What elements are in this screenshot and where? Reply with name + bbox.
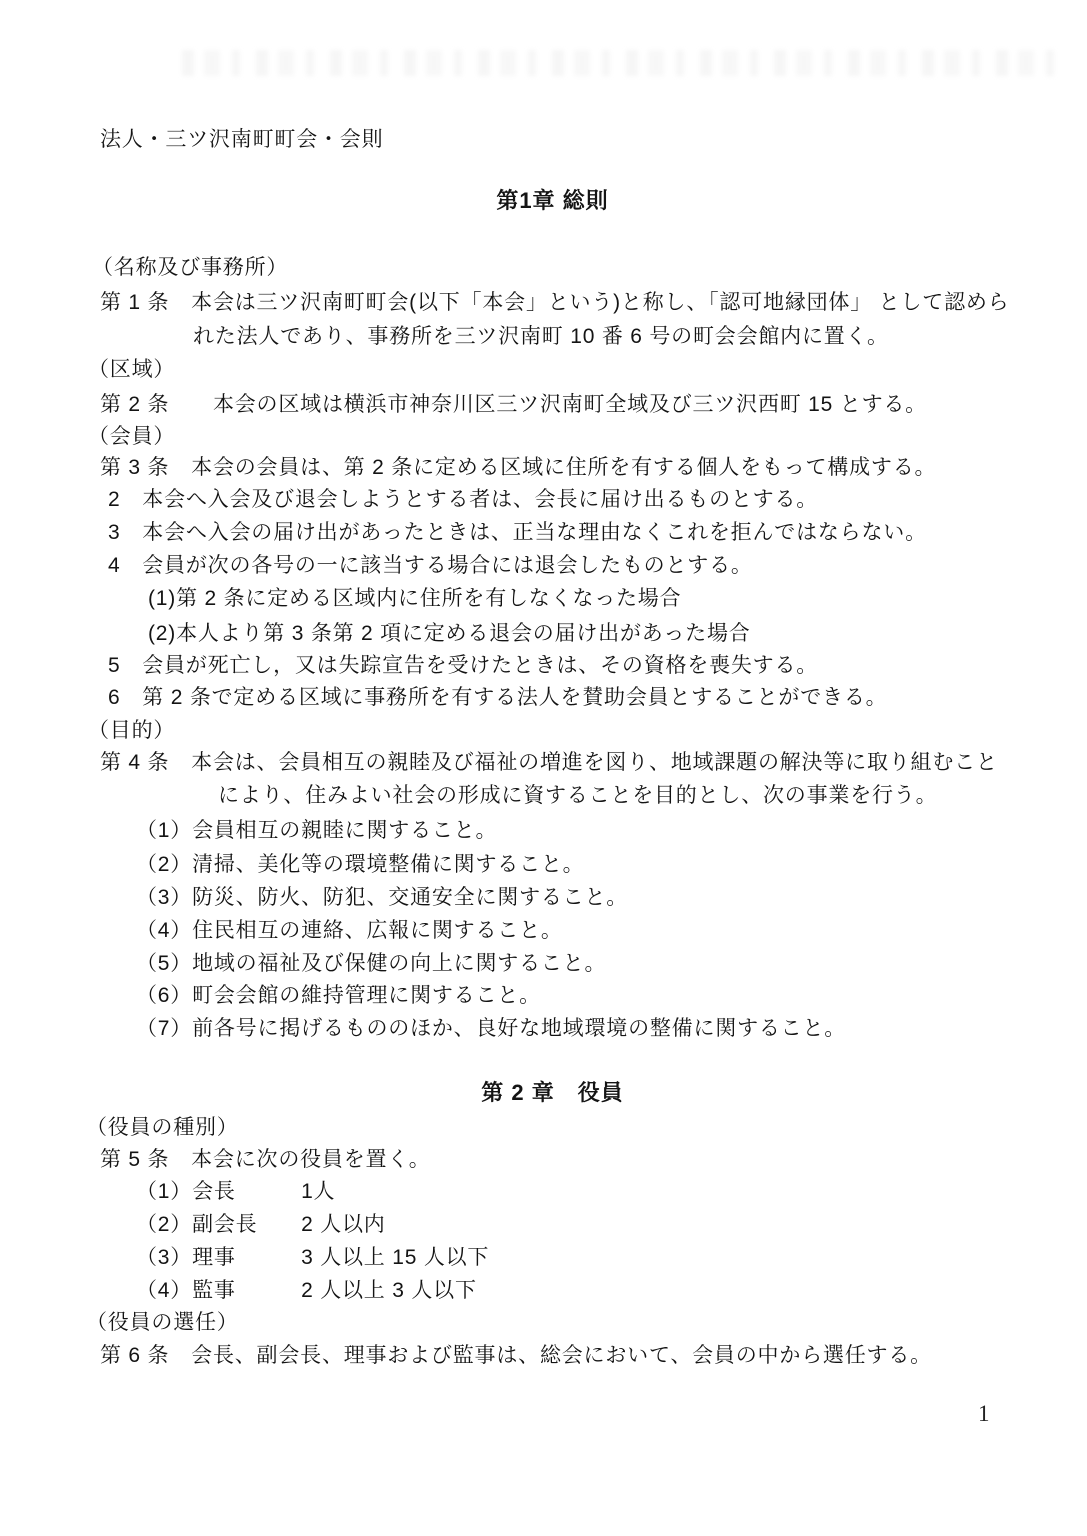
item-line: （2）清掃、美化等の環境整備に関すること。 [136, 852, 584, 877]
clause-line: 2 本会へ入会及び退会しようとする者は、会長に届け出るものとする。 [108, 487, 818, 512]
item-line: （4）監事 2 人以上 3 人以下 [136, 1278, 477, 1303]
section-label: （役員の選任） [86, 1310, 239, 1335]
article-line: 第 4 条 本会は、会員相互の親睦及び福祉の増進を図り、地域課題の解決等に取り組… [100, 750, 998, 775]
section-label: （区域） [88, 357, 175, 382]
clause-line: 3 本会へ入会の届け出があったときは、正当な理由なくこれを拒んではならない。 [108, 520, 927, 545]
item-line: （5）地域の福祉及び保健の向上に関すること。 [136, 951, 606, 976]
item-line: （3）理事 3 人以上 15 人以下 [136, 1245, 489, 1270]
section-label: （名称及び事務所） [92, 255, 288, 280]
subitem-line: (2)本人より第 3 条第 2 項に定める退会の届け出があった場合 [148, 621, 751, 646]
page-number: 1 [978, 1401, 990, 1427]
item-line: （1）会員相互の親睦に関すること。 [136, 818, 497, 843]
item-line: （3）防災、防火、防犯、交通安全に関すること。 [136, 885, 628, 910]
article-line: 第 1 条 本会は三ツ沢南町町会(以下「本会」という)と称し、「認可地縁団体」 … [100, 290, 1009, 315]
chapter-heading: 第1章 総則 [0, 188, 1087, 213]
item-line: （7）前各号に掲げるもののほか、良好な地域環境の整備に関すること。 [136, 1016, 846, 1041]
item-line: （2）副会長 2 人以内 [136, 1212, 386, 1237]
item-line: （4）住民相互の連絡、広報に関すること。 [136, 918, 563, 943]
article-line: 第 3 条 本会の会員は、第 2 条に定める区域に住所を有する個人をもって構成す… [100, 455, 936, 480]
clause-line: 6 第 2 条で定める区域に事務所を有する法人を賛助会員とすることができる。 [108, 685, 887, 710]
continuation-line: により、住みよい社会の形成に資することを目的とし、次の事業を行う。 [218, 783, 937, 808]
clause-line: 5 会員が死亡し，又は失踪宣告を受けたときは、その資格を喪失する。 [108, 653, 818, 678]
article-line: 第 2 条 本会の区域は横浜市神奈川区三ツ沢南町全域及び三ツ沢西町 15 とする… [100, 392, 927, 417]
clause-line: 4 会員が次の各号の一に該当する場合には退会したものとする。 [108, 553, 753, 578]
item-line: （1）会長 1人 [136, 1179, 335, 1204]
article-line: 第 5 条 本会に次の役員を置く。 [100, 1147, 431, 1172]
scanned-page: 法人・三ツ沢南町町会・会則第1章 総則（名称及び事務所）第 1 条 本会は三ツ沢… [0, 0, 1087, 1536]
section-label: （役員の種別） [86, 1115, 239, 1140]
item-line: （6）町会会館の維持管理に関すること。 [136, 983, 541, 1008]
article-line: 第 6 条 会長、副会長、理事および監事は、総会において、会員の中から選任する。 [100, 1343, 932, 1368]
subitem-line: (1)第 2 条に定める区域内に住所を有しなくなった場合 [148, 586, 681, 611]
section-label: （会員） [88, 424, 175, 449]
section-label: （目的） [88, 718, 175, 743]
continuation-line: れた法人であり、事務所を三ツ沢南町 10 番 6 号の町会会館内に置く。 [193, 324, 889, 349]
scan-ghost-text-artifact [182, 50, 1058, 76]
chapter-heading: 第 2 章 役員 [0, 1080, 1087, 1105]
document-title: 法人・三ツ沢南町町会・会則 [100, 127, 383, 152]
